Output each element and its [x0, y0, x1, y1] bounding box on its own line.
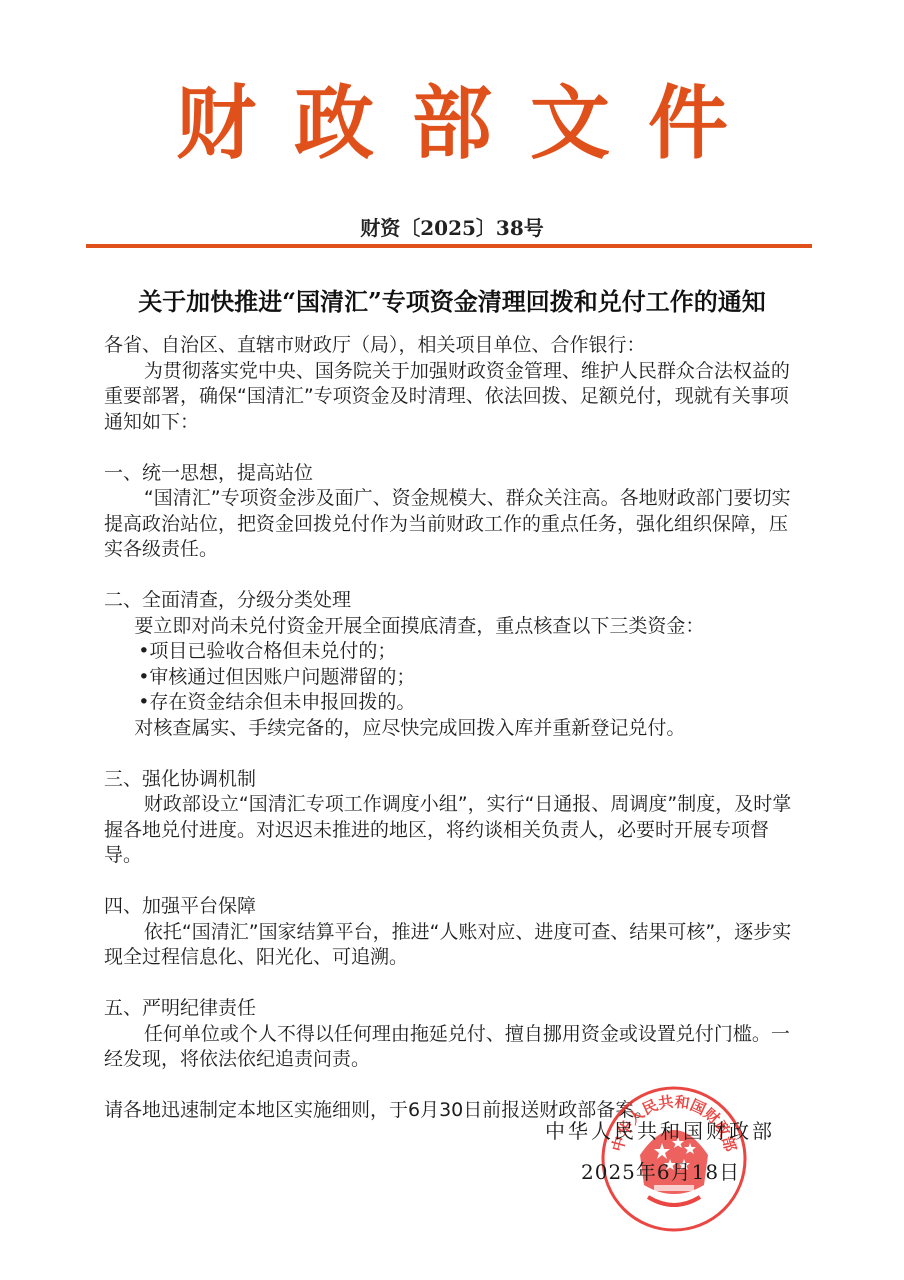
- section-1-text: “国清汇”专项资金涉及面广、资金规模大、群众关注高。各地财政部门要切实提高政治站…: [104, 486, 804, 563]
- section-2-bullet: •项目已验收合格但未兑付的；: [104, 639, 804, 665]
- masthead-title: 财政部文件: [0, 78, 904, 168]
- section-3-text: 财政部设立“国清汇专项工作调度小组”，实行“日通报、周调度”制度，及时掌握各地兑…: [104, 792, 804, 869]
- issue-date: 2025年6月18日: [545, 1156, 775, 1185]
- section-4-heading: 四、加强平台保障: [104, 894, 804, 920]
- section-2-tail: 对核查属实、手续完备的，应尽快完成回拨入库并重新登记兑付。: [104, 716, 804, 742]
- section-1-heading: 一、统一思想，提高站位: [104, 461, 804, 487]
- red-divider-line: [86, 244, 812, 248]
- section-4-text: 依托“国清汇”国家结算平台，推进“人账对应、进度可查、结果可核”，逐步实现全过程…: [104, 920, 804, 971]
- notice-title: 关于加快推进“国清汇”专项资金清理回拨和兑付工作的通知: [0, 282, 904, 317]
- signature-block: 中华人民共和国财政部 2025年6月18日: [545, 1115, 775, 1185]
- section-2-bullet: •存在资金结余但未申报回拨的。: [104, 690, 804, 716]
- section-2-bullet: •审核通过但因账户问题滞留的；: [104, 665, 804, 691]
- section-5-text: 任何单位或个人不得以任何理由拖延兑付、擅自挪用资金或设置兑付门槛。一经发现，将依…: [104, 1022, 804, 1073]
- section-2-lead: 要立即对尚未兑付资金开展全面摸底清查，重点核查以下三类资金：: [104, 614, 804, 640]
- section-2-heading: 二、全面清查，分级分类处理: [104, 588, 804, 614]
- issuer-name: 中华人民共和国财政部: [545, 1119, 775, 1143]
- addressee: 各省、自治区、直辖市财政厅（局），相关项目单位、合作银行：: [104, 333, 804, 359]
- section-5-heading: 五、严明纪律责任: [104, 996, 804, 1022]
- intro-paragraph: 为贯彻落实党中央、国务院关于加强财政资金管理、维护人民群众合法权益的重要部署，确…: [104, 359, 804, 436]
- document-number: 财资〔2025〕38号: [0, 212, 904, 241]
- document-body: 各省、自治区、直辖市财政厅（局），相关项目单位、合作银行： 为贯彻落实党中央、国…: [104, 333, 804, 1124]
- section-3-heading: 三、强化协调机制: [104, 767, 804, 793]
